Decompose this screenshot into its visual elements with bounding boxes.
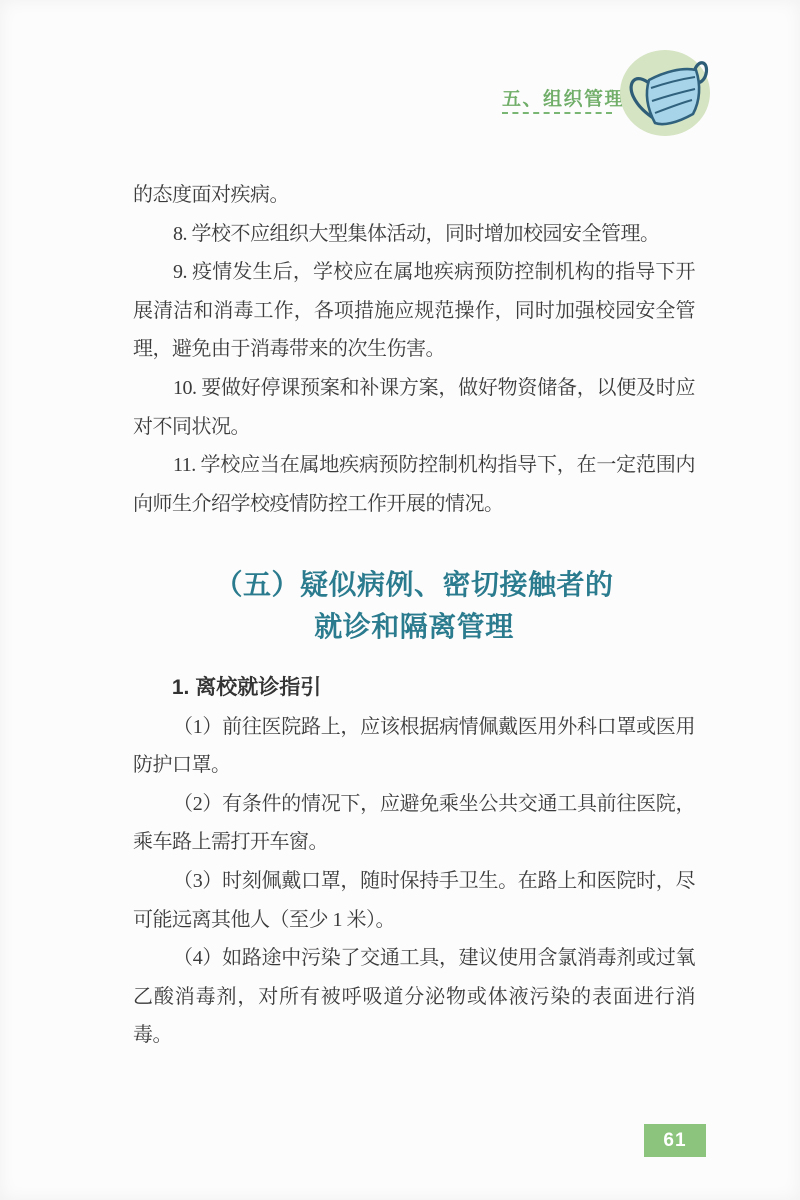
paragraph: （1）前往医院路上，应该根据病情佩戴医用外科口罩或医用防护口罩。 <box>133 708 695 785</box>
page-number-badge: 61 <box>644 1124 706 1157</box>
subsection-heading: 1. 离校就诊指引 <box>133 669 695 708</box>
paragraph: 9. 疫情发生后，学校应在属地疾病预防控制机构的指导下开展清洁和消毒工作，各项措… <box>133 253 695 369</box>
chapter-title: 五、组织管理 <box>502 84 625 111</box>
face-mask-icon <box>614 46 716 144</box>
body-text-block: 的态度面对疾病。 8. 学校不应组织大型集体活动，同时增加校园安全管理。 9. … <box>133 176 695 523</box>
section-title-line1: （五）疑似病例、密切接触者的 <box>114 564 714 606</box>
paragraph: 8. 学校不应组织大型集体活动，同时增加校园安全管理。 <box>133 215 695 254</box>
section-title: （五）疑似病例、密切接触者的 就诊和隔离管理 <box>114 564 714 648</box>
paragraph: 10. 要做好停课预案和补课方案，做好物资储备，以便及时应对不同状况。 <box>133 369 695 446</box>
paragraph: （2）有条件的情况下，应避免乘坐公共交通工具前往医院，乘车路上需打开车窗。 <box>133 785 695 862</box>
paragraph: （3）时刻佩戴口罩，随时保持手卫生。在路上和医院时，尽可能远离其他人（至少 1 … <box>133 862 695 939</box>
mask-badge <box>620 50 710 136</box>
subsection-block: 1. 离校就诊指引 （1）前往医院路上，应该根据病情佩戴医用外科口罩或医用防护口… <box>133 669 695 1055</box>
section-title-line2: 就诊和隔离管理 <box>114 606 714 648</box>
paragraph: （4）如路途中污染了交通工具，建议使用含氯消毒剂或过氧乙酸消毒剂，对所有被呼吸道… <box>133 939 695 1055</box>
dashed-underline <box>502 112 612 114</box>
paragraph: 11. 学校应当在属地疾病预防控制机构指导下，在一定范围内向师生介绍学校疫情防控… <box>133 446 695 523</box>
page-container: 五、组织管理 的态度面对疾病。 8. 学校不应组织大型集体活动，同时增加校园安全… <box>0 0 800 1200</box>
paragraph: 的态度面对疾病。 <box>133 176 695 215</box>
